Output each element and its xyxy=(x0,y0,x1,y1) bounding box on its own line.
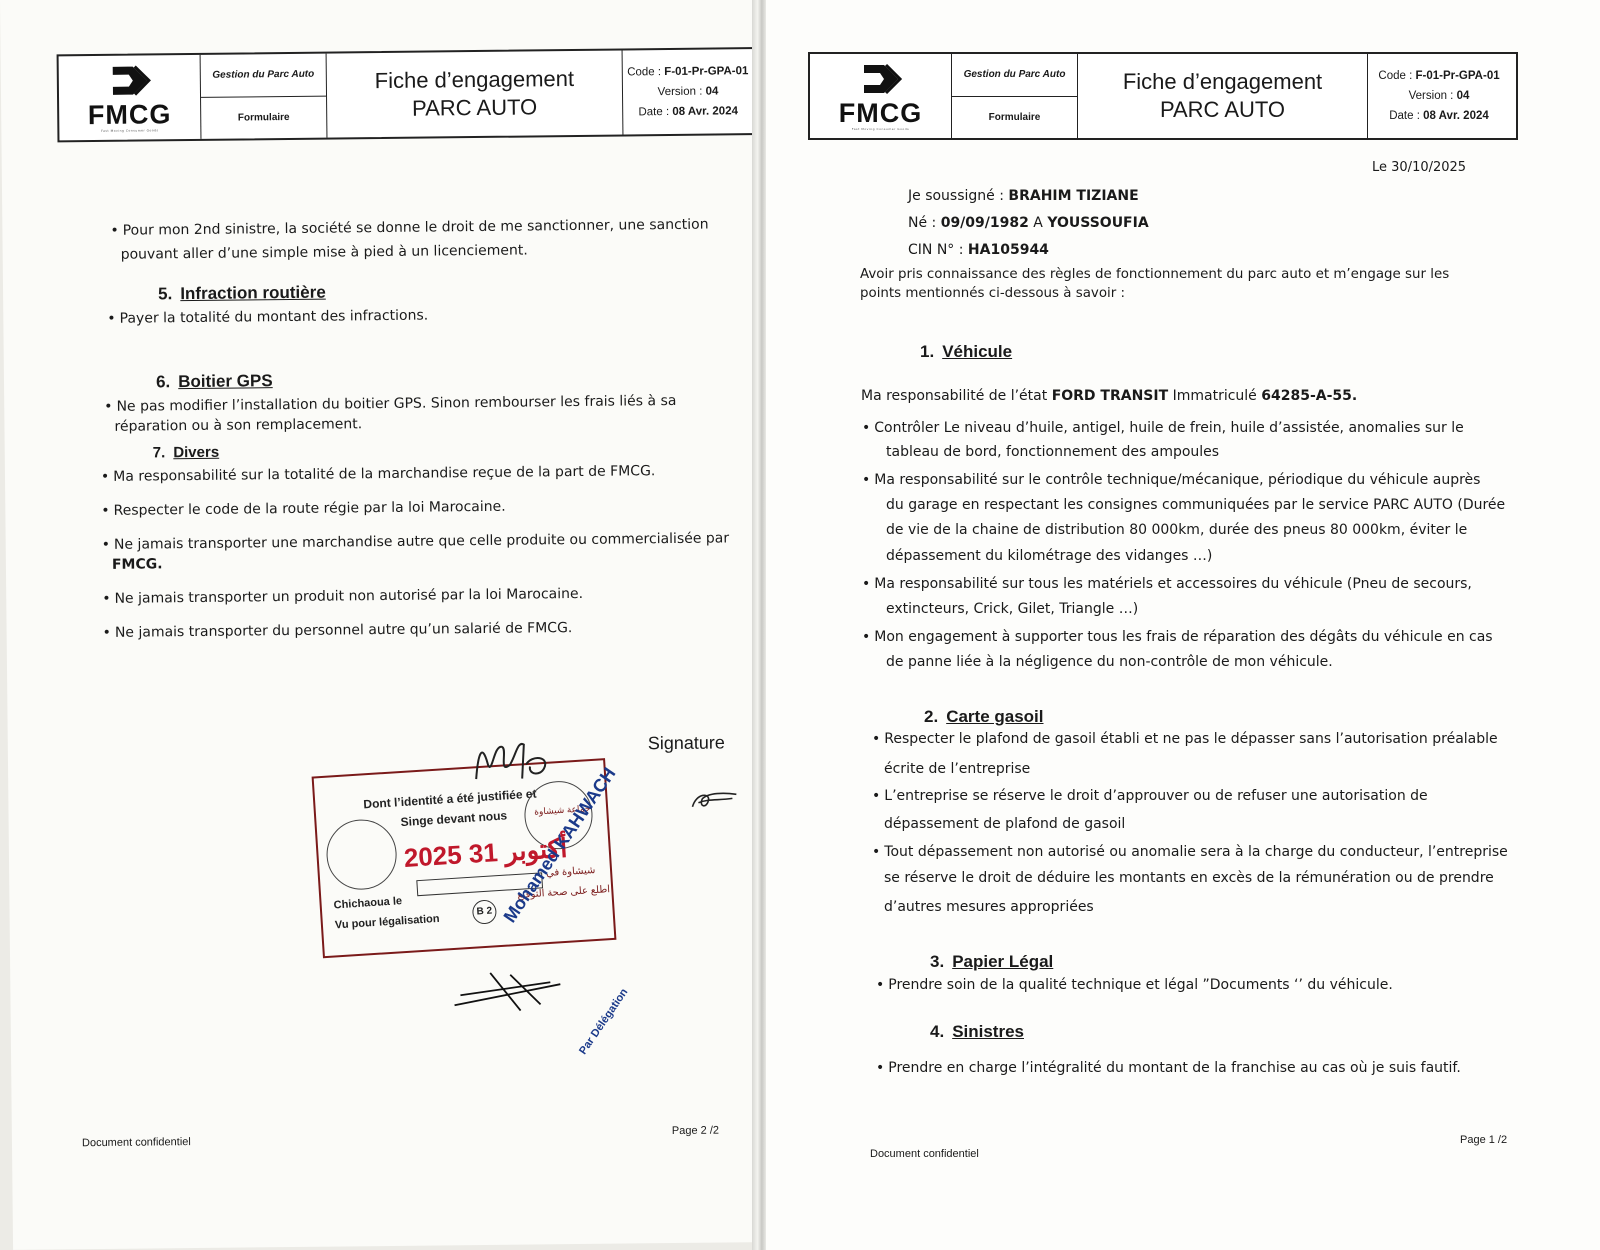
document-meta: Code : F-01-Pr-GPA-01 Version : 04 Date … xyxy=(1368,54,1510,138)
header-category: Gestion du Parc Auto xyxy=(201,54,326,98)
footer-confidential: Document confidentiel xyxy=(82,1136,191,1149)
section-7-heading: 7.Divers xyxy=(153,444,220,462)
intro-line-2: points mentionnés ci-dessous à savoir : xyxy=(860,284,1125,304)
employee-cin: CIN N° : HA105944 xyxy=(908,240,1049,260)
document-page-1: FMCG Fast Moving Consumer Goods Gestion … xyxy=(762,0,1600,1250)
section-2-item-3-line-3: d’autres mesures appropriées xyxy=(884,897,1094,917)
section-7-item-5: Ne jamais transporter du personnel autre… xyxy=(103,618,573,643)
vehicle-statement: Ma responsabilité de l’état FORD TRANSIT… xyxy=(861,386,1357,406)
section-3-item: Prendre soin de la qualité technique et … xyxy=(876,975,1393,995)
official-delegation-note: Par Délégation xyxy=(577,986,630,1056)
section-7-item-3-line-2: FMCG. xyxy=(112,554,163,575)
footer-confidential: Document confidentiel xyxy=(870,1148,979,1160)
section-4-heading: 4.Sinistres xyxy=(930,1022,1024,1042)
section-7-item-3-line-1: Ne jamais transporter une marchandise au… xyxy=(102,528,730,555)
footer-page-number: Page 2 /2 xyxy=(672,1125,719,1137)
section-5-heading: 5.Infraction routière xyxy=(158,283,326,305)
section-1-heading: 1.Véhicule xyxy=(920,342,1012,362)
employee-birth: Né : 09/09/1982 A YOUSSOUFIA xyxy=(908,213,1149,233)
document-date: Le 30/10/2025 xyxy=(1372,158,1466,178)
section-1-item-1-line-2: tableau de bord, fonctionnement des ampo… xyxy=(886,442,1219,462)
section-2-item-3-line-1: Tout dépassement non autorisé ou anomali… xyxy=(872,842,1508,862)
legalization-stamp: Dont l’identité a été justifiée et Singe… xyxy=(312,758,617,958)
document-header: FMCG Fast Moving Consumer Goods Gestion … xyxy=(57,47,762,142)
company-logo: FMCG Fast Moving Consumer Goods xyxy=(59,55,202,140)
section-7-item-4: Ne jamais transporter un produit non aut… xyxy=(102,584,583,609)
section-7-item-2: Respecter le code de la route régie par … xyxy=(101,497,506,521)
document-header: FMCG Fast Moving Consumer Goods Gestion … xyxy=(808,52,1518,140)
stamp-badge: B 2 xyxy=(472,899,497,924)
intro-line-1: Avoir pris connaissance des règles de fo… xyxy=(860,265,1449,285)
continuation-line-1: Pour mon 2nd sinistre, la société se don… xyxy=(110,215,708,241)
section-1-item-2-line-2: du garage en respectant les consignes co… xyxy=(886,495,1505,515)
document-page-2: FMCG Fast Moving Consumer Goods Gestion … xyxy=(0,0,771,1250)
section-6-item-line-1: Ne pas modifier l’installation du boitie… xyxy=(104,391,676,417)
section-1-item-4-line-2: de panne liée à la négligence du non-con… xyxy=(886,652,1333,672)
section-1-item-2-line-4: dépassement du kilométrage des vidanges … xyxy=(886,546,1212,566)
section-2-item-1-line-1: Respecter le plafond de gasoil établi et… xyxy=(872,729,1498,749)
section-1-item-3-line-2: extincteurs, Crick, Gilet, Triangle …) xyxy=(886,599,1138,619)
header-type: Formulaire xyxy=(201,96,326,139)
document-title: Fiche d’engagement PARC AUTO xyxy=(1078,54,1368,138)
official-initials-icon xyxy=(468,734,559,785)
section-1-item-3-line-1: Ma responsabilité sur tous les matériels… xyxy=(862,574,1472,594)
section-2-item-2-line-2: dépassement de plafond de gasoil xyxy=(884,814,1125,834)
fmcg-arrow-icon xyxy=(858,61,904,99)
section-1-item-2-line-1: Ma responsabilité sur le contrôle techni… xyxy=(862,470,1480,490)
section-3-heading: 3.Papier Légal xyxy=(930,952,1053,972)
section-1-item-4-line-1: Mon engagement à supporter tous les frai… xyxy=(862,627,1493,647)
employee-signature-icon xyxy=(688,788,740,813)
section-6-heading: 6.Boitier GPS xyxy=(156,371,273,392)
fmcg-arrow-icon xyxy=(106,62,152,100)
section-2-item-1-line-2: écrite de l’entreprise xyxy=(884,759,1030,779)
document-title: Fiche d’engagement PARC AUTO xyxy=(327,50,624,137)
header-category: Gestion du Parc Auto xyxy=(952,54,1077,97)
section-7-item-1: Ma responsabilité sur la totalité de la … xyxy=(101,461,656,487)
section-4-item: Prendre en charge l’intégralité du monta… xyxy=(876,1058,1461,1078)
section-2-heading: 2.Carte gasoil xyxy=(924,707,1044,727)
section-1-item-2-line-3: de vie de la chaine de distribution 80 0… xyxy=(886,520,1467,540)
section-1-item-1-line-1: Contrôler Le niveau d’huile, antigel, hu… xyxy=(862,418,1464,438)
header-type: Formulaire xyxy=(952,97,1077,139)
section-2-item-3-line-2: se réserve le droit de déduire les monta… xyxy=(884,868,1494,888)
signature-label: Signature xyxy=(648,732,725,754)
page-fold xyxy=(752,0,766,1250)
document-meta: Code : F-01-Pr-GPA-01 Version : 04 Date … xyxy=(623,49,754,134)
section-5-item: Payer la totalité du montant des infract… xyxy=(107,306,428,329)
commune-seal-icon xyxy=(324,817,398,891)
section-6-item-line-2: réparation ou à son remplacement. xyxy=(114,414,362,437)
employee-name: Je soussigné : BRAHIM TIZIANE xyxy=(908,186,1139,206)
official-signature-icon xyxy=(450,964,571,1015)
continuation-line-2: pouvant aller d’une simple mise à pied à… xyxy=(121,240,528,264)
section-2-item-2-line-1: L’entreprise se réserve le droit d’appro… xyxy=(872,786,1428,806)
footer-page-number: Page 1 /2 xyxy=(1460,1134,1507,1146)
company-logo: FMCG Fast Moving Consumer Goods xyxy=(810,54,952,138)
